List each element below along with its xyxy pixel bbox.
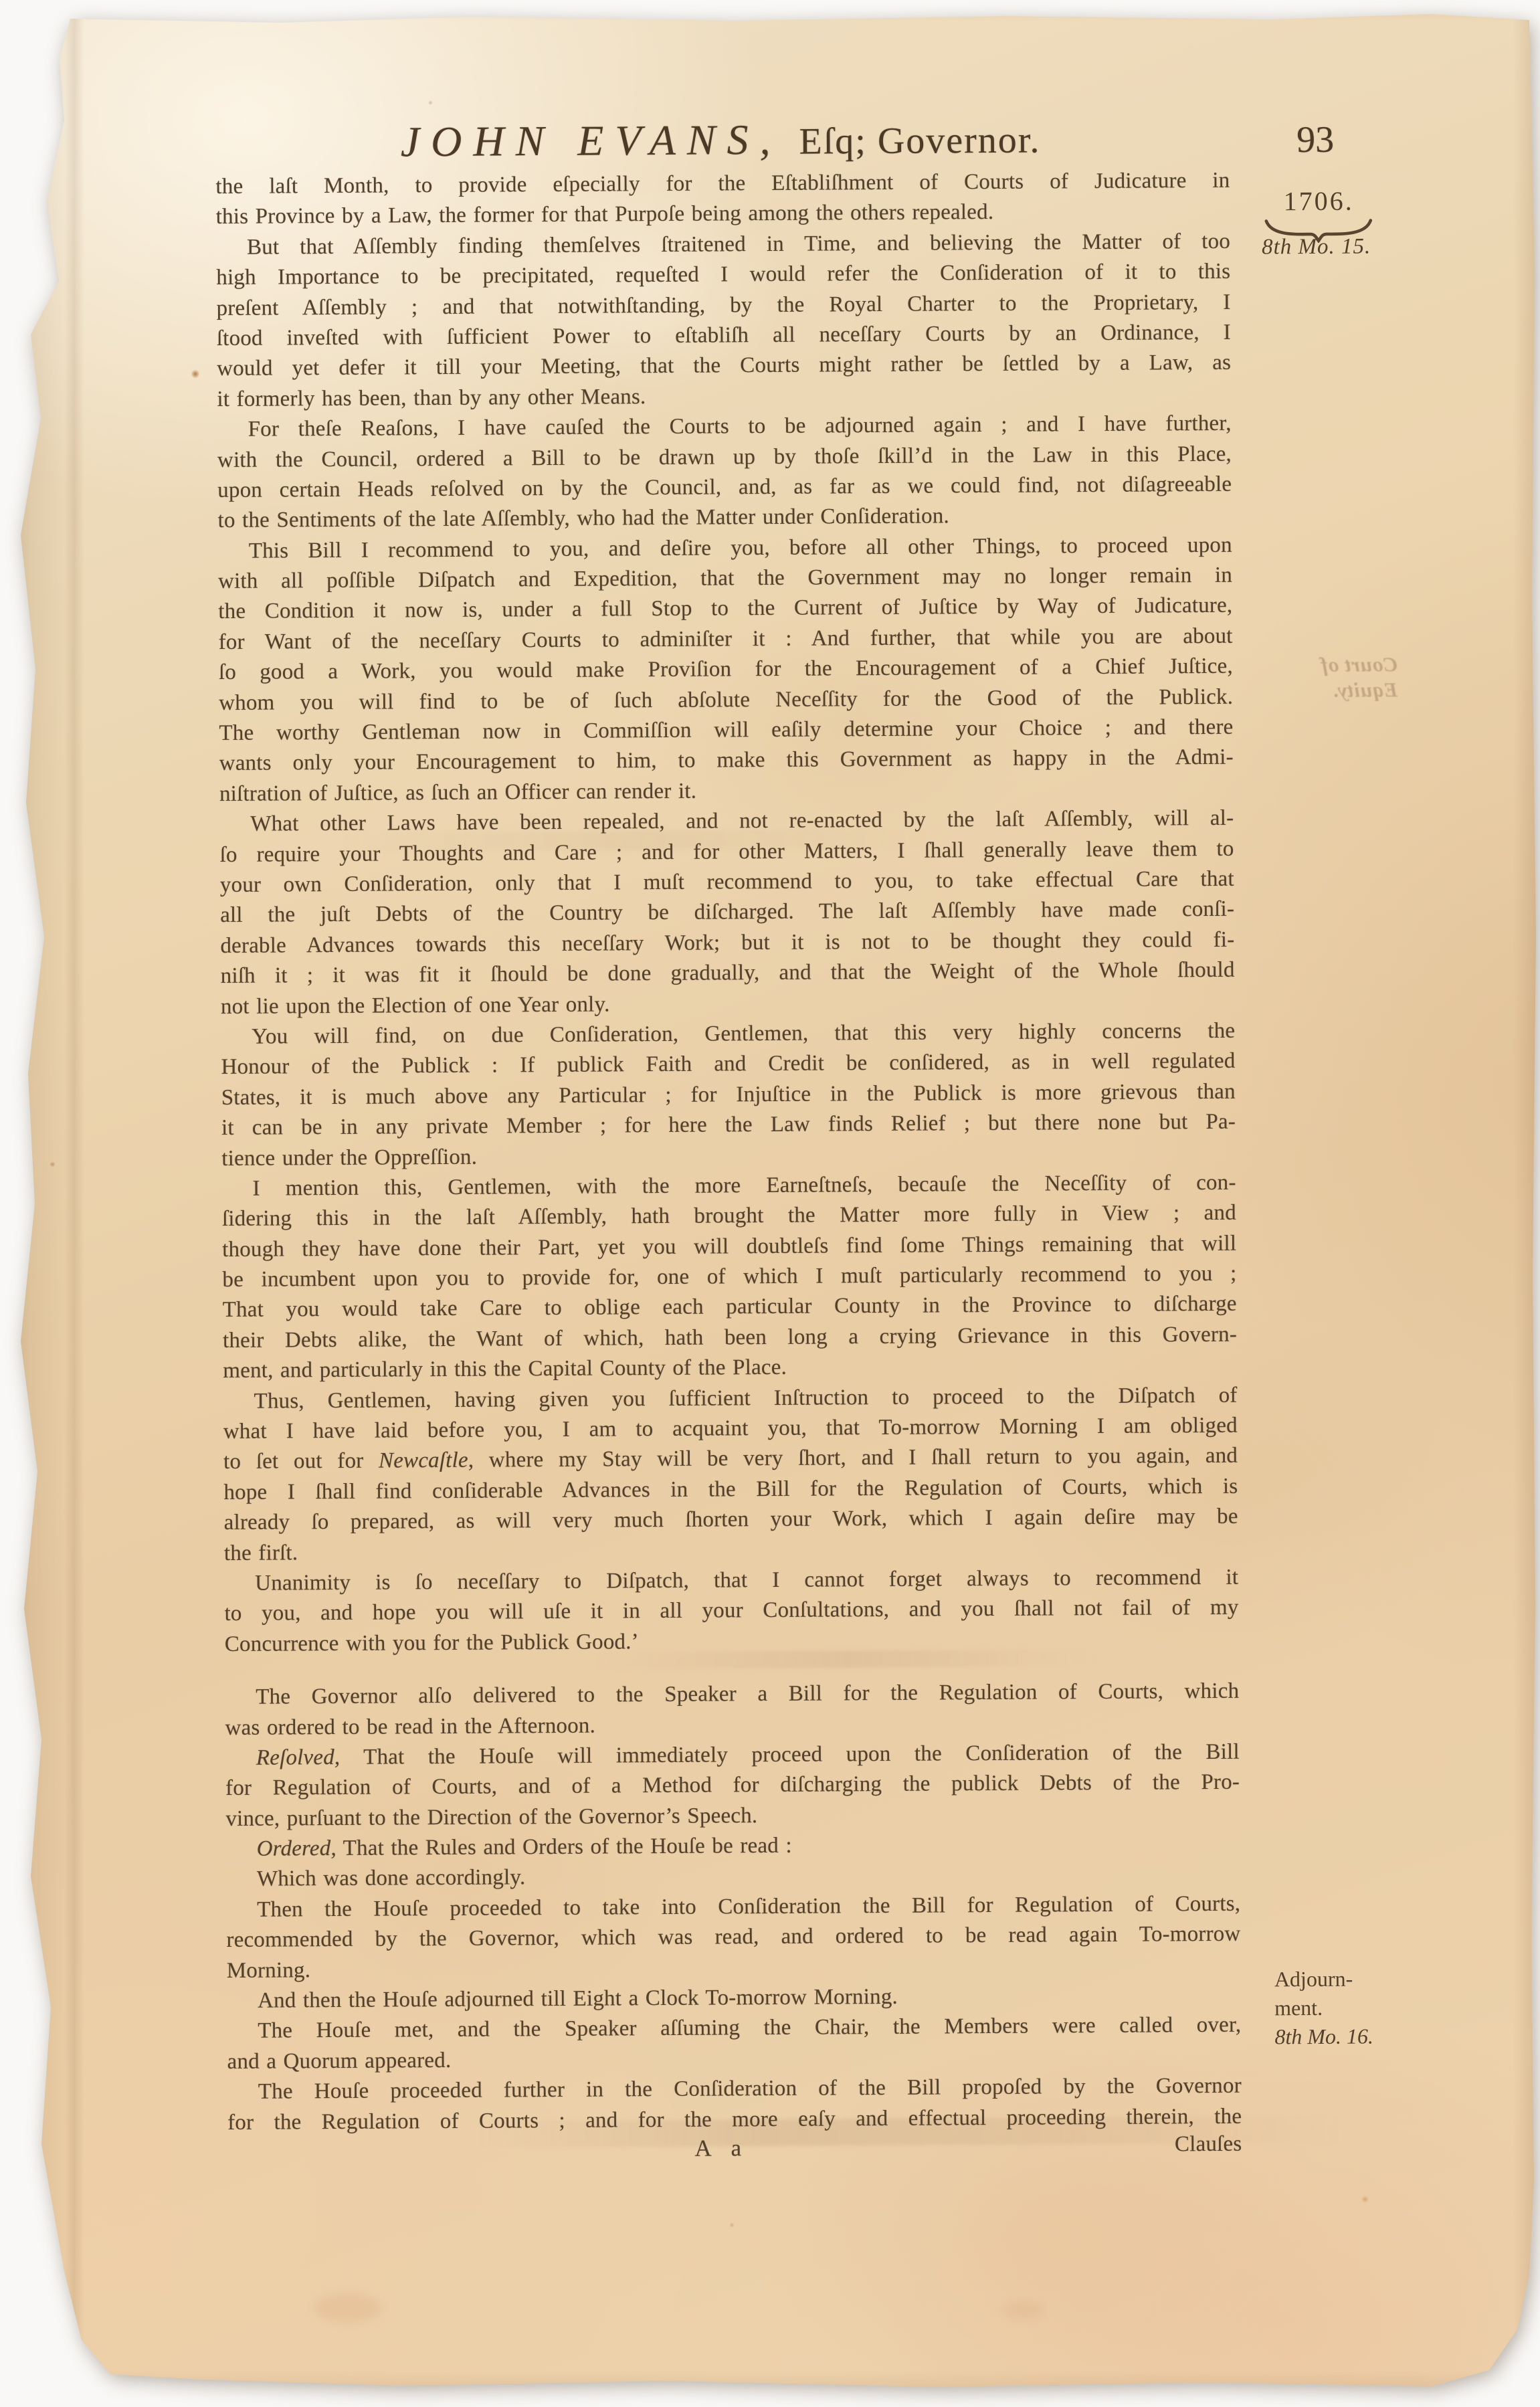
- page-content: JOHN EVANS, Eſq; Governor. 93 1706. 8th …: [0, 0, 1540, 2402]
- bleedthrough-line: Equity.: [1304, 677, 1398, 703]
- governor-title: Eſq; Governor.: [799, 119, 1040, 163]
- governor-name: JOHN EVANS,: [401, 115, 782, 167]
- page-shadow: JOHN EVANS, Eſq; Governor. 93 1706. 8th …: [0, 0, 1540, 2402]
- bleedthrough-line: Court of: [1304, 652, 1398, 678]
- page-number: 93: [1296, 118, 1334, 161]
- margin-adjournment-note: Adjourn- ment. 8th Mo. 16.: [1274, 1965, 1373, 2052]
- margin-date-15: 8th Mo. 15.: [1262, 234, 1371, 260]
- adjournment-word-1: Adjourn-: [1274, 1965, 1373, 1994]
- margin-date-16: 8th Mo. 16.: [1274, 2022, 1373, 2052]
- body-text: ‘the laſt Month, to provide eſpecially f…: [215, 166, 1242, 2170]
- adjournment-word-2: ment.: [1274, 1994, 1373, 2023]
- gathering-signature: A a: [694, 2135, 748, 2161]
- document-page: JOHN EVANS, Eſq; Governor. 93 1706. 8th …: [0, 0, 1540, 2402]
- signature-row: A aClauſes: [227, 2132, 1242, 2170]
- running-head: JOHN EVANS, Eſq; Governor.: [296, 113, 1145, 168]
- margin-year: 1706.: [1283, 185, 1353, 217]
- bleedthrough-text: Court of Equity.: [1304, 652, 1398, 703]
- catchword: Clauſes: [1175, 2132, 1242, 2157]
